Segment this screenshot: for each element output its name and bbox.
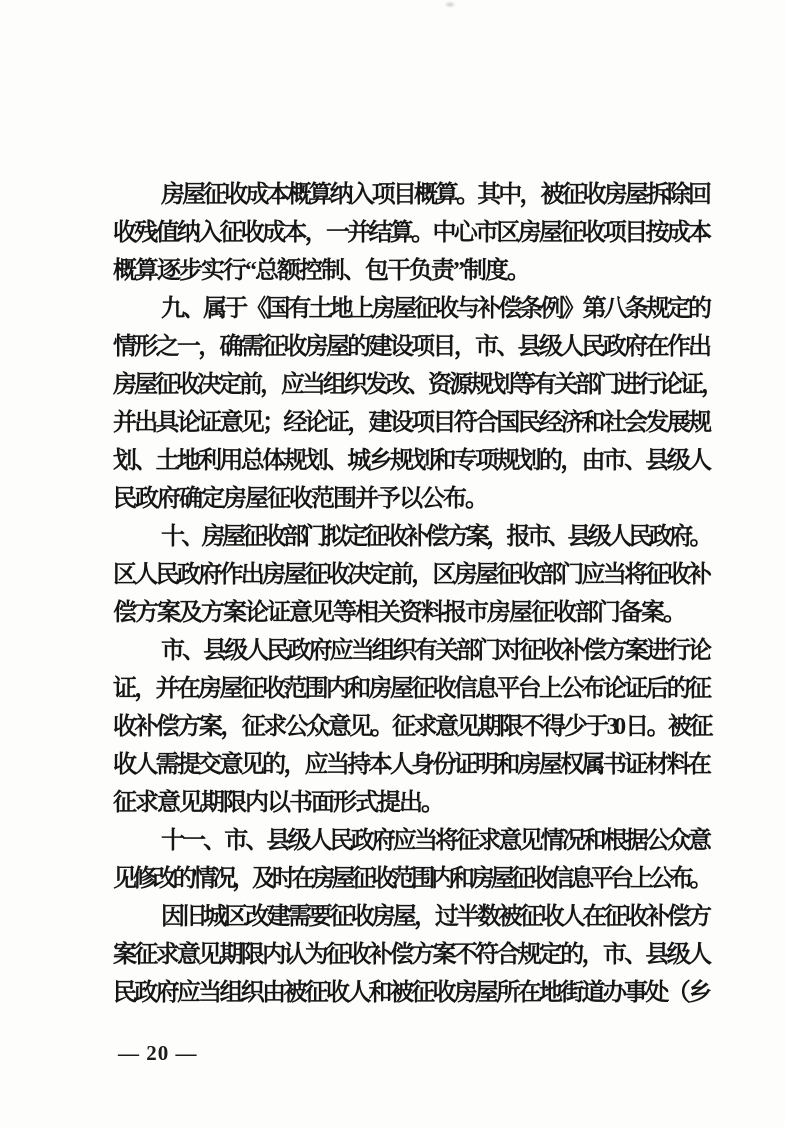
- text-line: 房屋征收决定前，应当组织发改、资源规划等有关部门进行论证，: [113, 366, 709, 404]
- text-line: 收残值纳入征收成本，一并结算。中心市区房屋征收项目按成本: [113, 214, 709, 252]
- paragraph-item-11: 十一、市、县级人民政府应当将征求意见情况和根据公众意 见修改的情况，及时在房屋征…: [113, 822, 709, 898]
- page-number: — 20 —: [118, 1038, 198, 1068]
- text-line: 民政府应当组织由被征收人和被征收房屋所在地街道办事处（乡: [113, 974, 709, 1012]
- text-line: 偿方案及方案论证意见等相关资料报市房屋征收部门备案。: [113, 594, 709, 632]
- text-line: 九、属于《国有土地上房屋征收与补偿条例》第八条规定的: [113, 290, 709, 328]
- text-line: 概算逐步实行“总额控制、包干负责”制度。: [113, 252, 709, 290]
- paragraph-old-city: 因旧城区改建需要征收房屋，过半数被征收人在征收补偿方 案征求意见期限内认为征收补…: [113, 898, 709, 1012]
- text-line: 并出具论证意见；经论证，建设项目符合国民经济和社会发展规: [113, 404, 709, 442]
- text-line: 区人民政府作出房屋征收决定前，区房屋征收部门应当将征收补: [113, 556, 709, 594]
- text-line: 房屋征收成本概算纳入项目概算。其中，被征收房屋拆除回: [113, 176, 709, 214]
- text-line: 收补偿方案，征求公众意见。征求意见期限不得少于30 日。被征: [113, 708, 709, 746]
- text-line: 见修改的情况，及时在房屋征收范围内和房屋征收信息平台上公布。: [113, 860, 709, 898]
- text-line: 收人需提交意见的，应当持本人身份证明和房屋权属书证材料在: [113, 746, 709, 784]
- paragraph-item-9: 九、属于《国有土地上房屋征收与补偿条例》第八条规定的 情形之一，确需征收房屋的建…: [113, 290, 709, 518]
- text-line: 因旧城区改建需要征收房屋，过半数被征收人在征收补偿方: [113, 898, 709, 936]
- text-line: 征求意见期限内以书面形式提出。: [113, 784, 709, 822]
- paragraph-item-10: 十、房屋征收部门拟定征收补偿方案，报市、县级人民政府。 区人民政府作出房屋征收决…: [113, 518, 709, 632]
- paragraph-plan-review: 市、县级人民政府应当组织有关部门对征收补偿方案进行论 证，并在房屋征收范围内和房…: [113, 632, 709, 822]
- document-page: 房屋征收成本概算纳入项目概算。其中，被征收房屋拆除回 收残值纳入征收成本，一并结…: [0, 0, 785, 1127]
- text-line: 情形之一，确需征收房屋的建设项目，市、县级人民政府在作出: [113, 328, 709, 366]
- text-line: 划、土地利用总体规划、城乡规划和专项规划的，由市、县级人: [113, 442, 709, 480]
- scan-artifact: [444, 1, 456, 8]
- text-line: 民政府确定房屋征收范围并予以公布。: [113, 480, 709, 518]
- paragraph-cost-budget: 房屋征收成本概算纳入项目概算。其中，被征收房屋拆除回 收残值纳入征收成本，一并结…: [113, 176, 709, 290]
- document-body: 房屋征收成本概算纳入项目概算。其中，被征收房屋拆除回 收残值纳入征收成本，一并结…: [113, 176, 709, 1012]
- text-line: 市、县级人民政府应当组织有关部门对征收补偿方案进行论: [113, 632, 709, 670]
- text-line: 十、房屋征收部门拟定征收补偿方案，报市、县级人民政府。: [113, 518, 709, 556]
- text-line: 证，并在房屋征收范围内和房屋征收信息平台上公布论证后的征: [113, 670, 709, 708]
- text-line: 十一、市、县级人民政府应当将征求意见情况和根据公众意: [113, 822, 709, 860]
- text-line: 案征求意见期限内认为征收补偿方案不符合规定的，市、县级人: [113, 936, 709, 974]
